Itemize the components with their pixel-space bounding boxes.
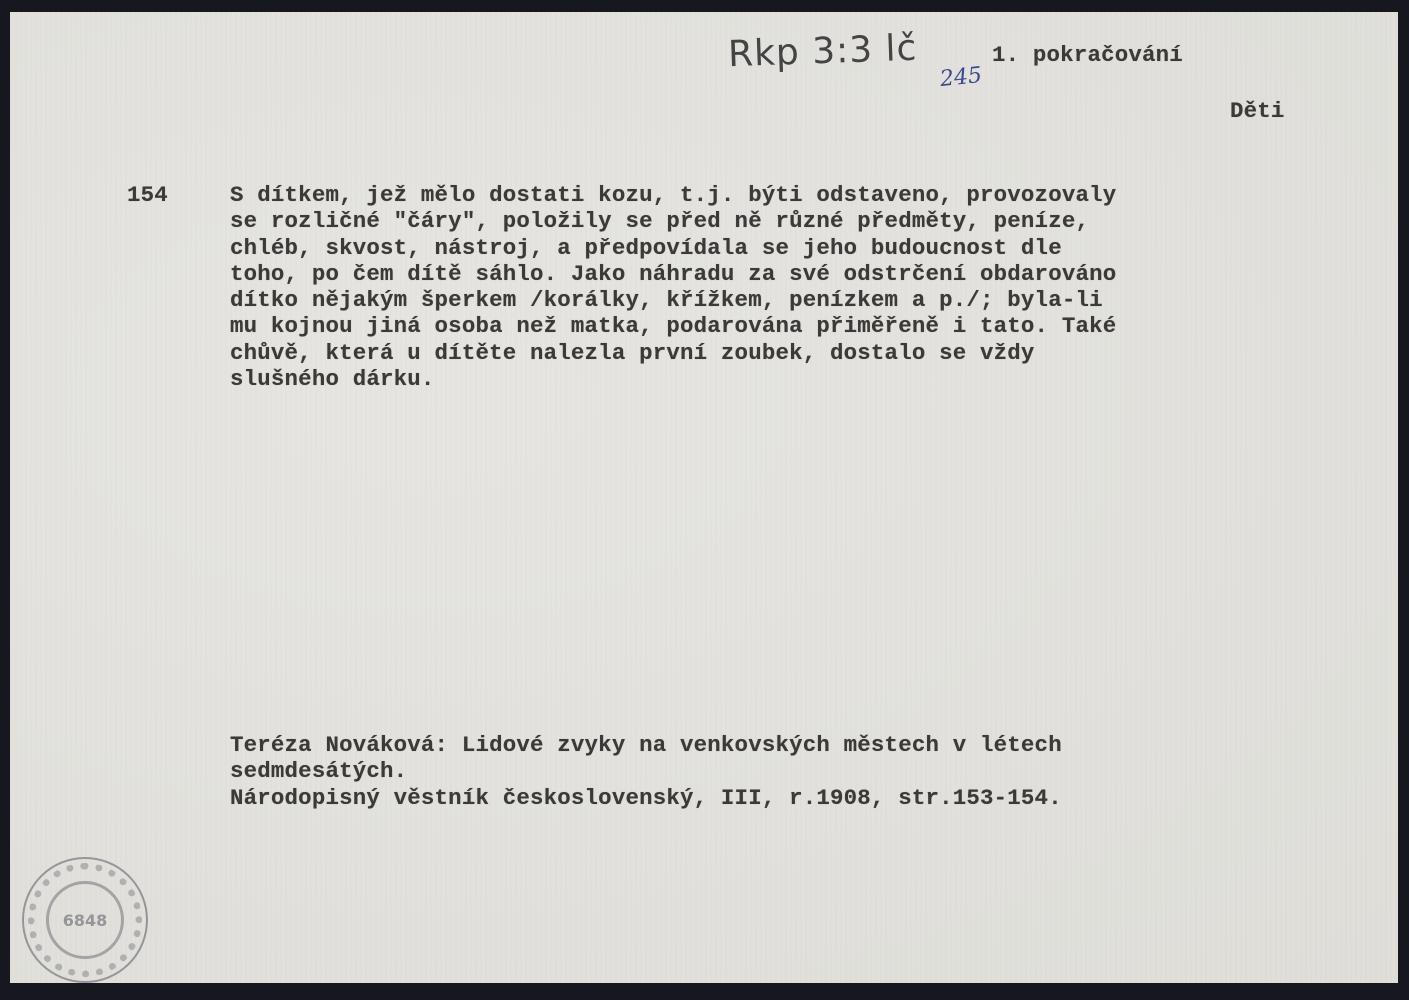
entry-line: mu kojnou jiná osoba než matka, podarová…: [230, 313, 1116, 339]
index-card: Rkp 3:3 lč 245 1. pokračování Děti 154 S…: [10, 12, 1398, 983]
source-citation: Teréza Nováková: Lidové zvyky na venkovs…: [230, 732, 1062, 811]
entry-line: chléb, skvost, nástroj, a předpovídala s…: [230, 235, 1116, 261]
stamp-center: 6848: [46, 881, 124, 959]
handwritten-page-number: 245: [939, 63, 983, 92]
entry-line: chůvě, která u dítěte nalezla první zoub…: [230, 340, 1116, 366]
continuation-label: 1. pokračování: [992, 42, 1183, 68]
entry-line: toho, po čem dítě sáhlo. Jako náhradu za…: [230, 261, 1116, 287]
source-line: Teréza Nováková: Lidové zvyky na venkovs…: [230, 732, 1062, 758]
entry-text: S dítkem, jež mělo dostati kozu, t.j. bý…: [230, 182, 1116, 392]
archive-stamp-icon: 6848: [22, 857, 148, 983]
entry-line: se rozličné "čáry", položily se před ně …: [230, 208, 1116, 234]
source-line: Národopisný věstník československý, III,…: [230, 785, 1062, 811]
entry-line: slušného dárku.: [230, 366, 1116, 392]
entry-line: S dítkem, jež mělo dostati kozu, t.j. bý…: [230, 182, 1116, 208]
source-line: sedmdesátých.: [230, 758, 1062, 784]
entry-number: 154: [127, 182, 168, 208]
category-label: Děti: [1230, 98, 1285, 124]
handwritten-signature: Rkp 3:3 lč: [727, 28, 918, 76]
stamp-number: 6848: [63, 911, 108, 930]
entry-line: dítko nějakým šperkem /korálky, křížkem,…: [230, 287, 1116, 313]
